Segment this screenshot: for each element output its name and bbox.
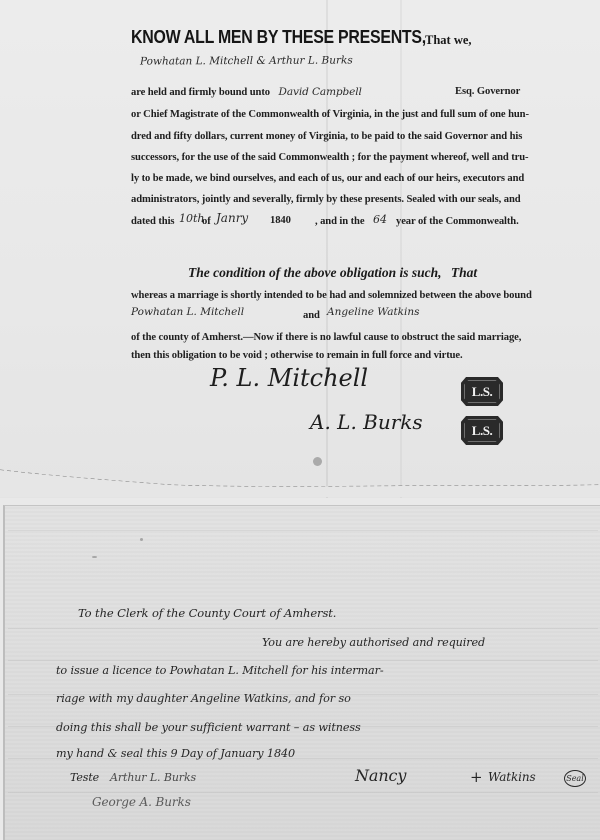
seal-ls-1: L.S. <box>461 377 503 406</box>
bride-name: Angeline Watkins <box>327 306 420 318</box>
bond-heading-tail: That we, <box>425 33 472 48</box>
bond-commonwealth-year: 64 <box>373 213 387 226</box>
consent-line-3: riage with my daughter Angeline Watkins,… <box>56 692 351 705</box>
bond-dated-mid: , and in the <box>315 216 364 227</box>
obligors-names: Powhatan L. Mitchell & Arthur L. Burks <box>140 54 353 67</box>
signature-burks: A. L. Burks <box>310 410 423 434</box>
condition-title: The condition of the above obligation is… <box>188 265 477 281</box>
consent-line-4: doing this shall be your sufficient warr… <box>56 721 361 734</box>
bond-dated-day: 10th <box>179 212 205 225</box>
condition-line-1: whereas a marriage is shortly intended t… <box>131 290 532 301</box>
bond-dated-of: of <box>202 216 211 227</box>
paper-rule <box>8 792 598 793</box>
paper-rule <box>8 660 598 661</box>
bond-heading: KNOW ALL MEN BY THESE PRESENTS, <box>131 26 426 48</box>
bond-dated-year: 1840 <box>270 215 291 226</box>
witness-arthur-burks: Arthur L. Burks <box>110 771 196 784</box>
bond-line-3: dred and fifty dollars, current money of… <box>131 131 522 142</box>
consent-line-2: to issue a licence to Powhatan L. Mitche… <box>56 664 384 677</box>
signer-surname: Watkins <box>488 770 536 784</box>
paper-rule <box>8 530 598 531</box>
bond-dated-month: Janry <box>216 211 248 225</box>
ink-spot <box>92 556 97 558</box>
governor-name: David Campbell <box>279 86 362 98</box>
bond-line-6: administrators, jointly and severally, f… <box>131 194 521 205</box>
condition-title-tail: That <box>451 265 477 280</box>
paper-rule <box>8 628 598 629</box>
bond-sheet <box>0 0 600 498</box>
bond-line-2: or Chief Magistrate of the Commonwealth … <box>131 109 529 120</box>
bond-line-5: ly to be made, we bind ourselves, and ea… <box>131 173 524 184</box>
bond-line-4: successors, for the use of the said Comm… <box>131 152 528 163</box>
condition-title-text: The condition of the above obligation is… <box>188 265 442 280</box>
consent-salutation: To the Clerk of the County Court of Amhe… <box>78 606 336 620</box>
ink-spot <box>140 538 143 541</box>
bond-dated-prefix: dated this <box>131 216 174 227</box>
signer-first-name: Nancy <box>355 766 406 785</box>
condition-and: and <box>303 310 320 321</box>
signature-mitchell: P. L. Mitchell <box>210 364 368 392</box>
bond-line-1: are held and firmly bound unto David Cam… <box>131 86 362 98</box>
groom-name: Powhatan L. Mitchell <box>131 306 244 318</box>
consent-line-5: my hand & seal this 9 Day of January 184… <box>56 747 295 760</box>
bond-line-1-prefix: are held and firmly bound unto <box>131 87 270 98</box>
ink-spot <box>313 457 322 466</box>
consent-line-1: You are hereby authorised and required <box>262 636 485 649</box>
condition-line-3: of the county of Amherst.—Now if there i… <box>131 332 521 343</box>
bond-dated-suffix: year of the Commonwealth. <box>396 216 519 227</box>
witness-george-burks: George A. Burks <box>92 795 191 809</box>
condition-line-4: then this obligation to be void ; otherw… <box>131 350 463 361</box>
bond-line-1-suffix: Esq. Governor <box>455 86 520 97</box>
torn-edge <box>0 467 600 497</box>
signer-mark: + <box>470 768 482 786</box>
teste-label: Teste <box>70 771 99 784</box>
seal-ls-2: L.S. <box>461 416 503 445</box>
signer-seal: Seal <box>564 770 586 787</box>
